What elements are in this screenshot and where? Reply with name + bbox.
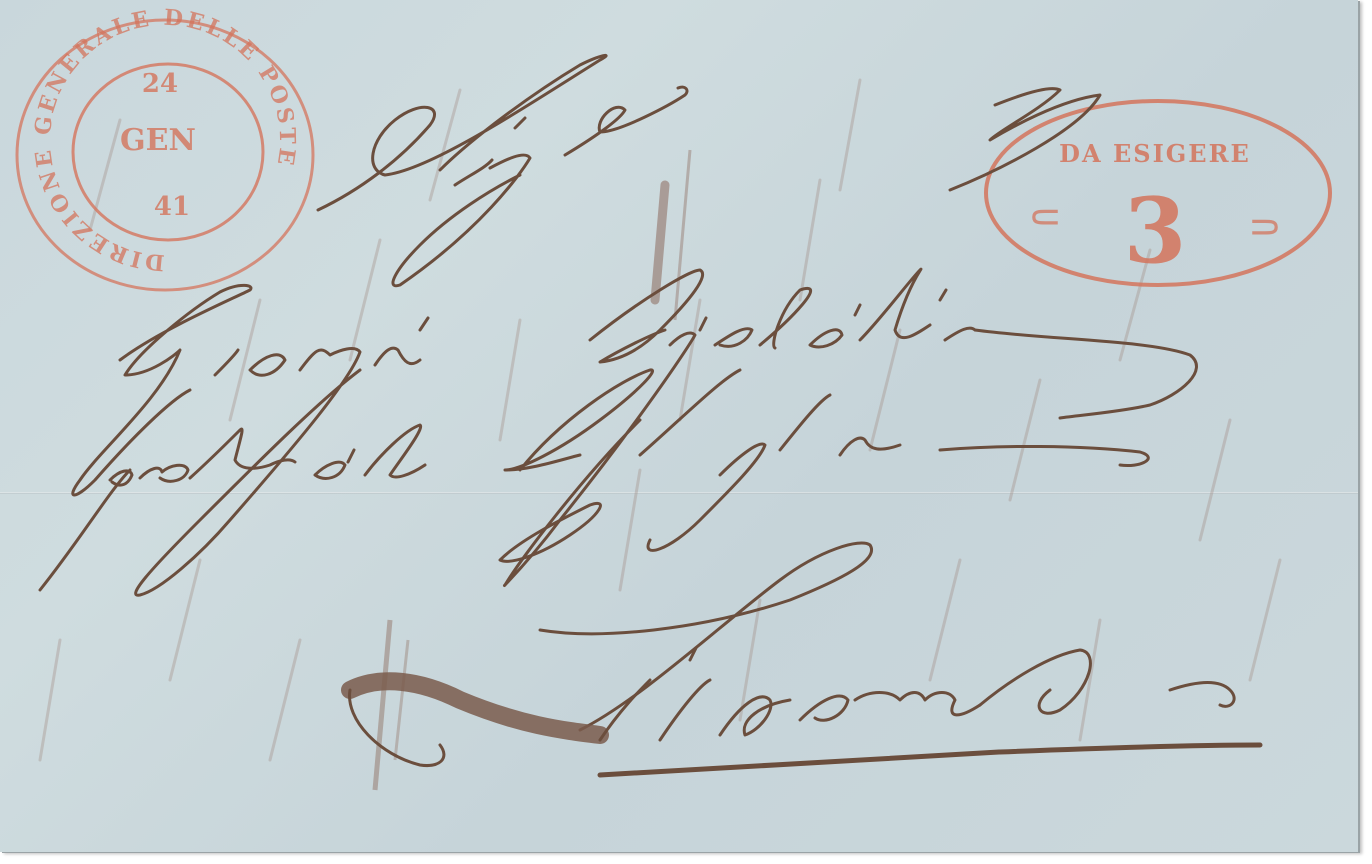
name-line-2-script (504, 269, 1196, 585)
name-line-1-script (73, 285, 428, 595)
care-of-script (40, 370, 1148, 590)
city-script (350, 543, 1260, 775)
salutation-script (318, 55, 687, 285)
handwritten-address (0, 0, 1372, 864)
